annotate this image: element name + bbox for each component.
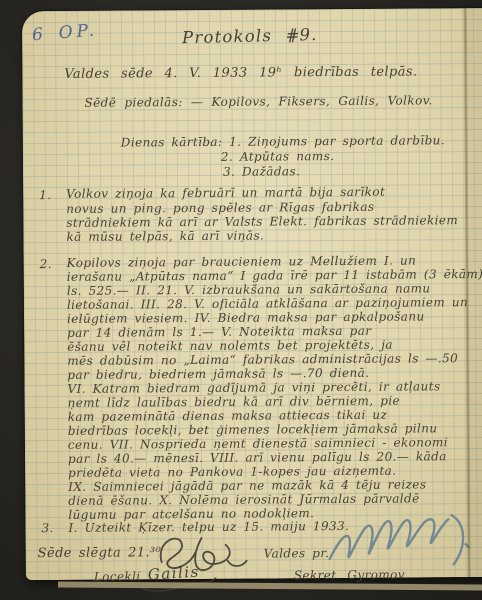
notebook-page: 6 OP. Protokols ⋕9. Valdes sēde 4. V. 19… [22,8,482,580]
agenda-line-2: 2. Atpūtas nams. [221,150,335,163]
handwriting-line: Kopilovs ziņoja par braucieniem uz Mellu… [67,254,417,268]
session-line: Valdes sēde 4. V. 1933 19ʰ biedrības tel… [64,65,417,80]
handwriting-line: par 14 dienām ls 1.— V. Noteikta maksa p… [67,325,371,339]
doc-title: Protokols ⋕9. [182,27,318,47]
handwriting-line: novus un ping. pong spēles ar Rīgas fabr… [66,201,374,215]
handwriting-line: strādniekiem kā arī ar Valsts Elekt. fab… [66,214,458,229]
handwriting-line: priedēta vieta no Pankova 1-kopes jau ai… [68,465,396,479]
handwriting-line: kam pazeminātā dienas maksa attiecas tik… [68,409,388,423]
minutes-body: 1.Volkov ziņoja ka februārī un martā bij… [22,8,482,11]
closing-time-line: Sēde slēgta 21.³⁰ [38,546,162,560]
handwriting-line: kā mūsu telpās, kā arī viņās. [66,230,264,243]
handwriting-line: ls. 525.— II. 21. V. izbraukšana un sakā… [67,282,431,297]
chairman-label: Valdes pr. [264,547,330,559]
handwriting-line: ņemt līdz laulības biedru kā arī div bēr… [68,395,401,409]
handwriting-line: Volkov ziņoja ka februārī un martā bija … [66,186,385,200]
handwriting-line: 1. [39,189,51,201]
agenda-line-3: 3. Dažādas. [223,165,300,178]
handwriting-line: mēs dabūsim no „Laima“ fabrikas administ… [67,352,458,367]
handwriting-line: 2. [40,258,52,270]
handwriting-line: ēšanu vēl noteikt nav nolemts bet projek… [67,339,393,353]
handwriting-line: 3. [41,522,53,534]
handwriting-line: par biedru, biedriem jāmaksā ls —.70 die… [67,367,369,381]
photo-background: 6 OP. Protokols ⋕9. Valdes sēde 4. V. 19… [0,0,482,600]
attendees-line: Sēdē piedalās: — Kopilovs, Fiksers, Gail… [84,94,432,108]
underlying-page-edge [58,581,482,590]
handwriting-line: ielūgtiem viesiem. IV. Biedra maksa par … [67,310,425,324]
handwriting-line: IX. Saimniecei jāgādā par ne mazāk kā 4 … [68,478,426,493]
agenda-line-1: Dienas kārtība: 1. Ziņojums par sporta d… [121,134,445,148]
signature-chairman [325,510,475,573]
corner-label: 6 OP. [31,22,98,44]
handwriting-line: dienā ēšanu. X. Nolēma ierosināt Jūrmala… [68,492,419,506]
